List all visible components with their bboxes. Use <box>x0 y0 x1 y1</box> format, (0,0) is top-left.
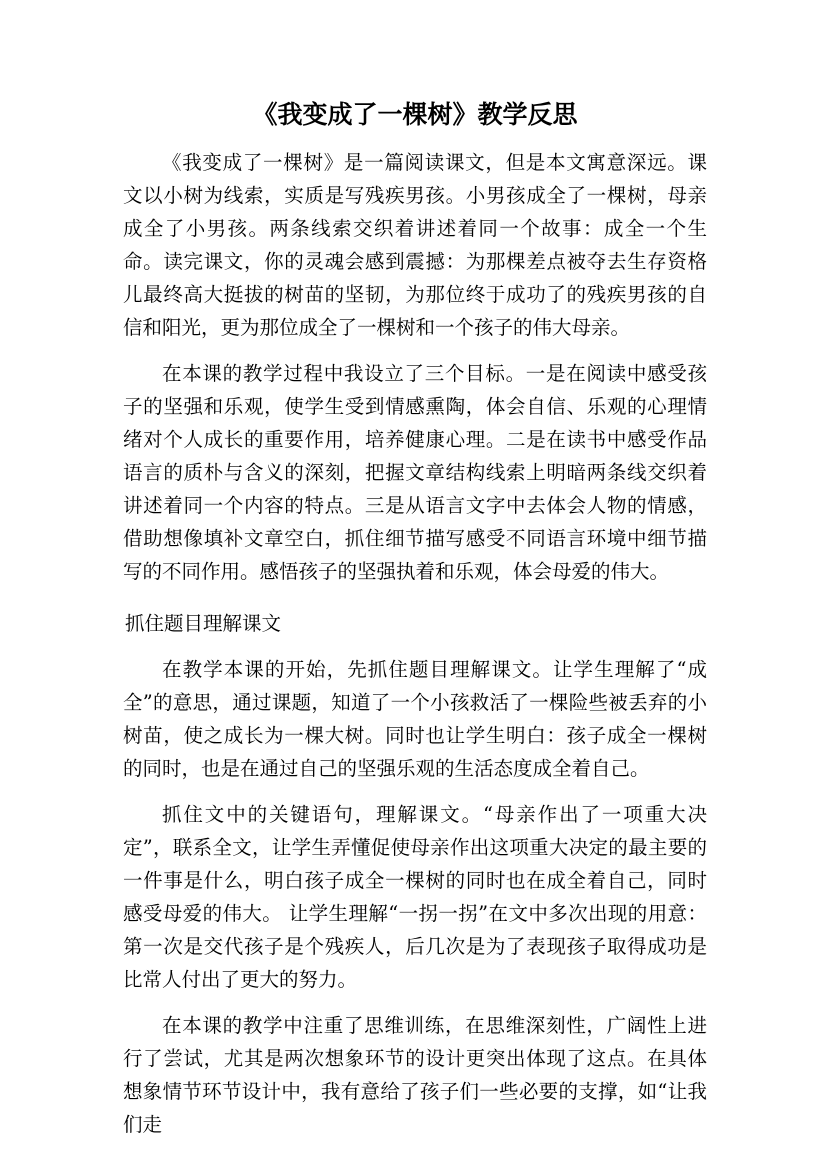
document-title: 《我变成了一棵树》教学反思 <box>123 97 707 133</box>
paragraph-title-understanding: 在教学本课的开始，先抓住题目理解课文。让学生理解了“成全”的意思，通过课题，知道… <box>123 653 707 785</box>
document-page: 《我变成了一棵树》教学反思 《我变成了一棵树》是一篇阅读课文，但是本文寓意深远。… <box>0 0 827 1169</box>
paragraph-intro: 《我变成了一棵树》是一篇阅读课文，但是本文寓意深远。课文以小树为线索，实质是写残… <box>123 146 707 344</box>
paragraph-thinking-training: 在本课的教学中注重了思维训练，在思维深刻性，广阔性上进行了尝试，尤其是两次想象环… <box>123 1009 707 1141</box>
paragraph-goals: 在本课的教学过程中我设立了三个目标。一是在阅读中感受孩子的坚强和乐观，使学生受到… <box>123 357 707 588</box>
section-heading-understand-title: 抓住题目理解课文 <box>123 607 707 640</box>
paragraph-key-sentences: 抓住文中的关键语句，理解课文。“母亲作出了一项重大决定”，联系全文，让学生弄懂促… <box>123 798 707 996</box>
